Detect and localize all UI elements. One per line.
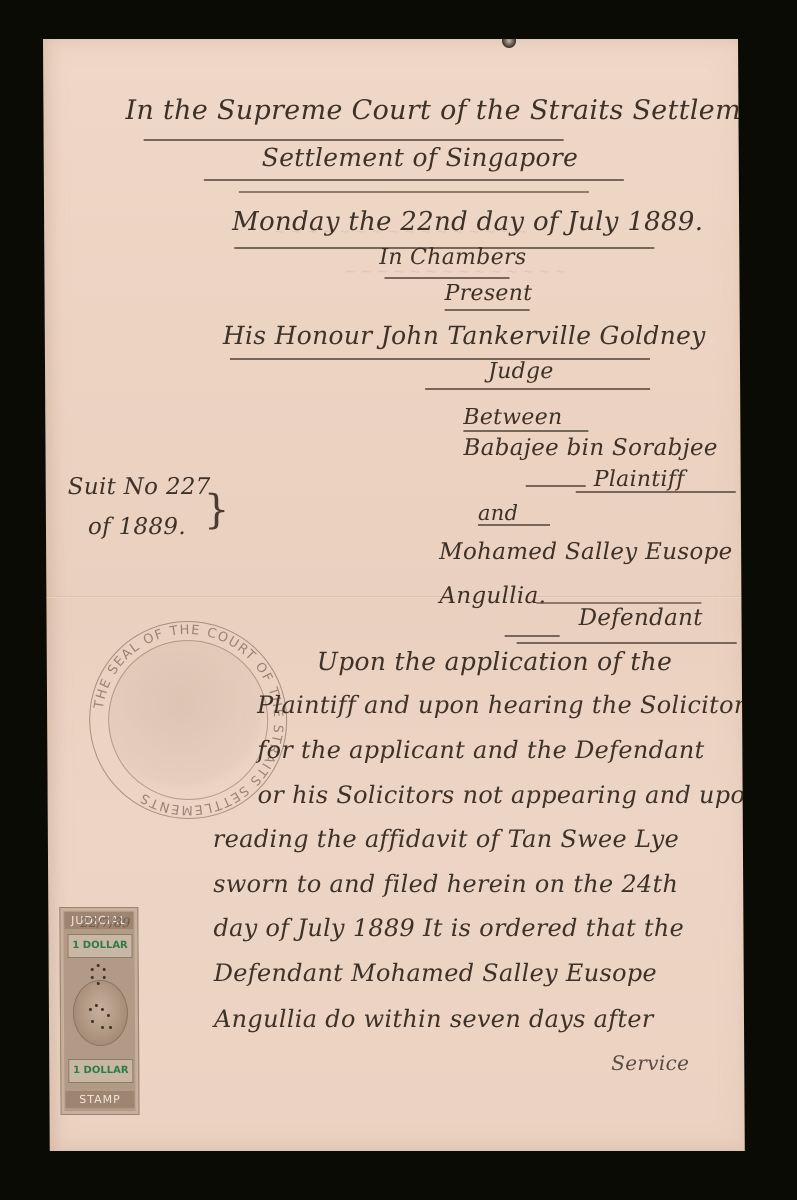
underline	[517, 642, 737, 644]
suit-year: of 1889.	[88, 514, 186, 540]
perforation-dot	[103, 968, 106, 971]
plaintiff-label: Plaintiff	[594, 467, 685, 492]
perforation-dot	[91, 1020, 94, 1023]
underline	[576, 491, 736, 493]
photo-frame: ~ ~ ~ ~ ~ ~ ~ ~ ~ ~ ~ ~ ~ ~ ~ ~ ~ ~ ~ ~ …	[0, 0, 797, 1200]
perforation-dot	[97, 982, 100, 985]
underline	[536, 602, 701, 604]
stamp-value-upper: 1 DOLLAR	[67, 934, 132, 958]
underline	[478, 524, 550, 526]
court-heading: In the Supreme Court of the Straits Sett…	[125, 95, 744, 126]
underline	[384, 277, 509, 279]
perforation-dot	[95, 1004, 98, 1007]
judge-title: Judge	[488, 359, 554, 384]
body-line-3: for the applicant and the Defendant	[257, 736, 704, 764]
perforation-dot	[103, 976, 106, 979]
binding-hole	[502, 39, 516, 48]
date-line: Monday the 22nd day of July 1889.	[232, 207, 703, 237]
defendant-name-line1: Mohamed Salley Eusope	[439, 539, 733, 565]
settlement-heading: Settlement of Singapore	[262, 143, 579, 172]
underline	[526, 485, 586, 487]
judge-name: His Honour John Tankerville Goldney	[223, 321, 706, 350]
underline	[425, 388, 650, 390]
underline	[204, 179, 624, 181]
underline	[230, 358, 650, 360]
underline	[445, 309, 530, 311]
perforation-dot	[101, 1008, 104, 1011]
body-line-5: reading the affidavit of Tan Swee Lye	[213, 825, 679, 853]
body-line-8: Defendant Mohamed Salley Eusope	[214, 959, 657, 987]
body-line-7: day of July 1889 It is ordered that the	[213, 914, 684, 942]
present-label: Present	[444, 281, 532, 306]
document-page: ~ ~ ~ ~ ~ ~ ~ ~ ~ ~ ~ ~ ~ ~ ~ ~ ~ ~ ~ ~ …	[43, 39, 745, 1151]
perforation-dot	[97, 964, 100, 967]
perforation-dot	[109, 1026, 112, 1029]
underline	[505, 635, 560, 637]
venue: In Chambers	[379, 245, 526, 270]
perforation-dot	[101, 1026, 104, 1029]
brace-icon: }	[204, 487, 230, 533]
suit-number: Suit No 227	[68, 474, 211, 500]
body-line-1: Upon the application of the	[317, 647, 672, 676]
body-line-2: Plaintiff and upon hearing the Solicitor…	[257, 691, 745, 719]
perforation-dot	[89, 1008, 92, 1011]
stamp-bottom-label: STAMP	[65, 1091, 134, 1108]
and-label: and	[478, 501, 519, 525]
defendant-label: Defendant	[578, 605, 702, 631]
underline	[239, 191, 589, 193]
body-line-6: sworn to and filed herein on the 24th	[213, 870, 678, 898]
between-label: Between	[463, 405, 562, 430]
stamp-handwritten-date: 22/7/89	[80, 916, 130, 931]
catchword: Service	[611, 1051, 689, 1075]
defendant-name-line2: Angullia.	[439, 583, 546, 609]
judicial-stamp: JUDICIAL 1 DOLLAR 22/7/89 1 DOLLAR STAMP	[59, 907, 139, 1115]
underline	[463, 430, 588, 432]
paper-fold-line	[46, 596, 741, 598]
body-line-4: or his Solicitors not appearing and upon	[258, 781, 745, 809]
underline	[144, 139, 564, 141]
perforation-dot	[91, 968, 94, 971]
plaintiff-name: Babajee bin Sorabjee	[463, 435, 717, 461]
stamp-portrait-icon	[73, 980, 128, 1046]
stamp-value-lower: 1 DOLLAR	[68, 1059, 133, 1083]
body-line-9: Angullia do within seven days after	[214, 1005, 654, 1033]
perforation-dot	[107, 1014, 110, 1017]
perforation-dot	[91, 976, 94, 979]
